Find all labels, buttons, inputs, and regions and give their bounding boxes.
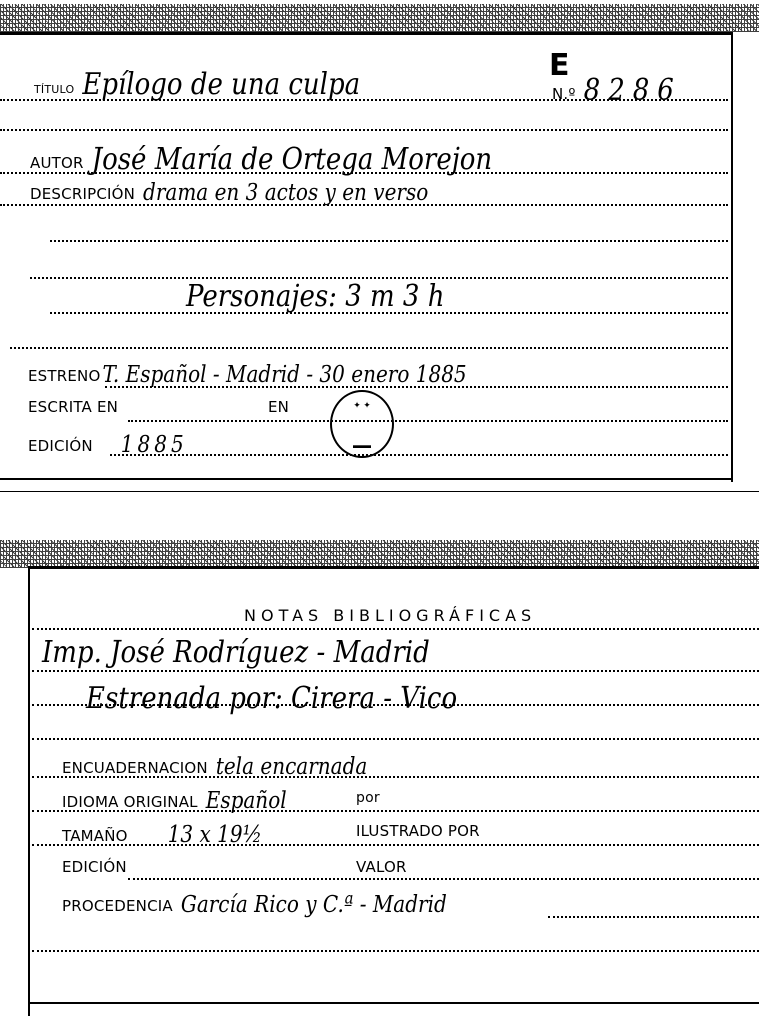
scan-noise-middle [0,540,759,568]
dotted-line [128,878,759,880]
field-en: EN [268,398,289,416]
card-border [28,566,30,1016]
estreno-value: T. Español - Madrid - 30 enero 1885 [103,360,467,388]
field-edicion-notes: EDICIÓN [62,858,127,876]
por-label: por [356,790,380,806]
personajes-value: Personajes: 3 m 3 h [186,280,444,315]
dotted-line [32,844,759,846]
dotted-line [10,347,728,349]
escrita-en-label: ESCRITA EN [28,398,118,416]
field-ilustrado-por: ILUSTRADO POR [356,822,480,840]
field-idioma-original: IDIOMA ORIGINAL Español [62,788,287,812]
autor-label: AUTOR [30,154,84,172]
dotted-line [32,628,759,630]
library-stamp-icon: ✦ ✦ ▬▬ [330,390,394,458]
dotted-line [0,172,728,174]
note-imprenta: Imp. José Rodríguez - Madrid [42,636,430,671]
edicion-notes-label: EDICIÓN [62,858,127,876]
procedencia-label: PROCEDENCIA [62,897,173,915]
edicion-label: EDICIÓN [28,437,93,455]
dotted-line [128,420,728,422]
titulo-label: TÍTULO [34,83,74,96]
field-autor: AUTOR José María de Ortega Morejon [30,145,492,175]
dotted-line [0,99,728,101]
encuadernacion-label: ENCUADERNACION [62,759,208,777]
en-label: EN [268,398,289,416]
note-line-2: Estrenada por: Cirera - Vico [86,684,457,714]
field-por: por [356,790,380,806]
card-border [731,32,733,482]
field-personajes: Personajes: 3 m 3 h [178,282,444,312]
dotted-line [32,776,759,778]
descripcion-value: drama en 3 actos y en verso [143,178,428,206]
card-bottom-edge [28,1002,759,1004]
scan-noise-top [0,4,759,32]
ilustrado-por-label: ILUSTRADO POR [356,822,480,840]
card-bottom-edge [0,478,733,480]
dotted-line [548,916,759,918]
descripcion-label: DESCRIPCIÓN [30,185,135,203]
estreno-label: ESTRENO [28,367,101,385]
dotted-line [0,204,728,206]
field-procedencia: PROCEDENCIA García Rico y C.ª - Madrid [62,892,447,916]
dotted-line [0,129,728,131]
note-estrenada: Estrenada por: Cirera - Vico [86,682,457,717]
dotted-line [32,810,759,812]
dotted-line [110,454,728,456]
tamano-label: TAMAÑO [62,827,128,845]
dotted-line [32,738,759,740]
catalog-card-front: TÍTULO Epílogo de una culpa E N.º 8286 A… [0,32,733,482]
dotted-line [32,950,759,952]
card-border [28,566,759,569]
notes-heading: NOTAS BIBLIOGRÁFICAS [244,606,536,625]
idioma-original-label: IDIOMA ORIGINAL [62,793,198,811]
field-titulo: TÍTULO Epílogo de una culpa [34,70,360,100]
dotted-line [32,670,759,672]
field-tamano: TAMAÑO 13 x 19½ [62,822,262,846]
field-descripcion: DESCRIPCIÓN drama en 3 actos y en verso [30,180,428,204]
catalog-card-notes: NOTAS BIBLIOGRÁFICAS Imp. José Rodríguez… [28,566,759,1028]
dotted-line [32,704,759,706]
field-estreno: ESTRENO T. Español - Madrid - 30 enero 1… [28,362,467,386]
dotted-line [30,277,728,279]
field-numero: N.º 8286 [552,76,682,106]
page-separator [0,491,759,492]
dotted-line [105,386,728,388]
numero-value: 8286 [584,74,682,109]
valor-label: VALOR [356,858,407,876]
procedencia-value: García Rico y C.ª - Madrid [181,890,447,918]
card-border [0,32,733,35]
titulo-value: Epílogo de una culpa [82,68,360,103]
field-encuadernacion: ENCUADERNACION tela encarnada [62,754,367,778]
field-valor: VALOR [356,858,407,876]
dotted-line [50,240,728,242]
field-edicion: EDICIÓN 1885 [28,432,188,456]
note-line-1: Imp. José Rodríguez - Madrid [42,638,430,668]
dotted-line [50,312,728,314]
field-escrita-en: ESCRITA EN [28,398,118,416]
